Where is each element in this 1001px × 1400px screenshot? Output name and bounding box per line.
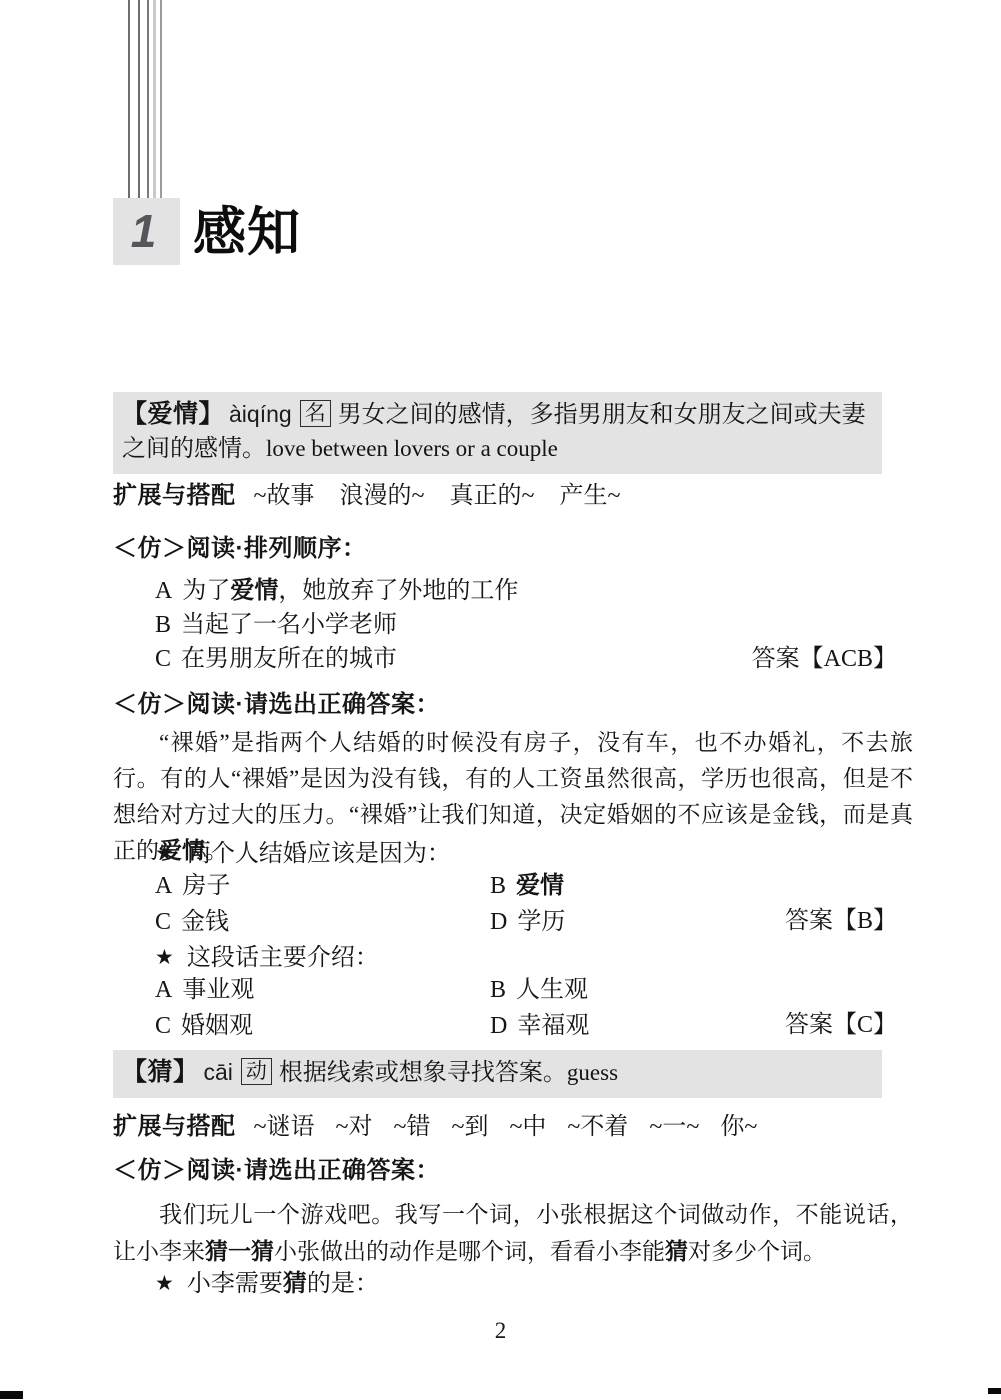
list-item: A为了爱情，她放弃了外地的工作 [155, 574, 897, 608]
star-icon: ★ [155, 945, 174, 969]
item-label: C [155, 646, 171, 672]
collocation-item: ~不着 [567, 1112, 628, 1142]
question-prompt: ★这段话主要介绍： [155, 942, 379, 973]
answer-key: 答案【ACB】 [752, 642, 897, 676]
item-text: 在男朋友所在的城市 [181, 646, 397, 672]
entry-headword: 【爱情】 [122, 400, 224, 428]
options-row: A房子 B爱情 [155, 868, 897, 904]
option-label: D [490, 1013, 507, 1039]
binding-line [147, 0, 149, 198]
exercise-header: ＜仿＞阅读·请选出正确答案： [113, 690, 440, 720]
dictionary-entry-cai: 【猜】cāi动根据线索或想象寻找答案。guess [113, 1050, 882, 1098]
ordering-exercise-items: A为了爱情，她放弃了外地的工作 B当起了一名小学老师 C在男朋友所在的城市 答案… [155, 574, 897, 676]
options-grid: A房子 B爱情 C金钱 D学历 答案【B】 [155, 868, 897, 940]
option-text: 婚姻观 [181, 1013, 253, 1039]
prompt-text: 两个人结婚应该是因为： [187, 841, 451, 867]
collocation-item: 真正的~ [449, 481, 534, 511]
collocation-row: 扩展与搭配 ~谜语 ~对 ~错 ~到 ~中 ~不着 ~一~ 你~ [113, 1112, 778, 1142]
print-mark-left [0, 1391, 23, 1399]
collocation-item: ~故事 [254, 481, 315, 511]
reading-passage: 我们玩儿一个游戏吧。我写一个词，小张根据这个词做动作，不能说话，让小李来猜一猜小… [113, 1196, 913, 1270]
collocation-item: 你~ [720, 1112, 757, 1142]
exercise-header: ＜仿＞阅读·排列顺序： [113, 534, 367, 564]
question-prompt: ★小李需要猜的是： [155, 1268, 379, 1299]
collocation-label: 扩展与搭配 [113, 481, 236, 511]
option-text: 人生观 [516, 977, 588, 1003]
chapter-title: 感知 [193, 200, 301, 266]
item-text: 为了爱情，她放弃了外地的工作 [182, 578, 518, 604]
option: B爱情 [490, 868, 564, 904]
option-text: 幸福观 [517, 1013, 589, 1039]
option-label: A [155, 977, 172, 1003]
option-text: 学历 [517, 909, 565, 935]
part-of-speech-badge: 动 [241, 1058, 272, 1085]
option-label: C [155, 909, 171, 935]
print-mark-right [988, 1388, 1001, 1394]
binding-line [138, 0, 140, 198]
collocation-item: ~错 [393, 1112, 430, 1142]
chapter-number-box: 1 [113, 198, 180, 265]
collocation-item: 产生~ [559, 481, 620, 511]
collocation-label: 扩展与搭配 [113, 1112, 236, 1142]
item-label: A [155, 578, 172, 604]
collocation-item: ~对 [335, 1112, 372, 1142]
option-label: B [490, 873, 506, 899]
option-label: D [490, 909, 507, 935]
option-label: A [155, 873, 172, 899]
binding-line [160, 0, 162, 198]
entry-translation: love between lovers or a couple [266, 436, 558, 461]
options-row: C金钱 D学历 答案【B】 [155, 904, 897, 940]
part-of-speech-badge: 名 [300, 400, 331, 427]
option: D幸福观 [490, 1008, 589, 1044]
option: D学历 [490, 904, 565, 940]
option: B人生观 [490, 972, 588, 1008]
item-label: B [155, 612, 171, 638]
collocation-item: ~到 [451, 1112, 488, 1142]
collocation-item: ~谜语 [254, 1112, 315, 1142]
item-text: 当起了一名小学老师 [181, 612, 397, 638]
dictionary-entry-aiqing: 【爱情】àiqíng名男女之间的感情，多指男朋友和女朋友之间或夫妻之间的感情。l… [113, 392, 882, 474]
star-icon: ★ [155, 841, 174, 865]
entry-pinyin: cāi [204, 1059, 233, 1085]
prompt-text: 小李需要猜的是： [187, 1271, 379, 1297]
entry-headword: 【猜】 [122, 1058, 199, 1086]
binding-line [128, 0, 130, 198]
entry-translation: guess [567, 1060, 618, 1085]
options-row: A事业观 B人生观 [155, 972, 897, 1008]
option-text: 爱情 [516, 873, 564, 899]
binding-line [153, 0, 156, 198]
collocation-item: ~中 [509, 1112, 546, 1142]
star-icon: ★ [155, 1271, 174, 1295]
option-label: C [155, 1013, 171, 1039]
option-label: B [490, 977, 506, 1003]
question-prompt: ★两个人结婚应该是因为： [155, 838, 451, 869]
entry-definition: 根据线索或想象寻找答案。 [279, 1060, 567, 1086]
answer-key: 答案【B】 [785, 904, 897, 938]
options-row: C婚姻观 D幸福观 答案【C】 [155, 1008, 897, 1044]
option: A事业观 [155, 972, 254, 1008]
option-text: 房子 [182, 873, 230, 899]
entry-pinyin: àiqíng [229, 401, 292, 427]
answer-key: 答案【C】 [785, 1008, 897, 1042]
option: A房子 [155, 868, 230, 904]
option: C金钱 [155, 904, 229, 940]
option-text: 事业观 [182, 977, 254, 1003]
collocation-row: 扩展与搭配 ~故事 浪漫的~ 真正的~ 产生~ [113, 481, 645, 511]
exercise-header: ＜仿＞阅读·请选出正确答案： [113, 1156, 440, 1186]
option: C婚姻观 [155, 1008, 253, 1044]
collocation-item: 浪漫的~ [339, 481, 424, 511]
option-text: 金钱 [181, 909, 229, 935]
page-number: 2 [0, 1318, 1001, 1344]
chapter-number: 1 [131, 198, 163, 265]
options-grid: A事业观 B人生观 C婚姻观 D幸福观 答案【C】 [155, 972, 897, 1044]
list-item: B当起了一名小学老师 [155, 608, 897, 642]
book-page: 1 感知 【爱情】àiqíng名男女之间的感情，多指男朋友和女朋友之间或夫妻之间… [0, 0, 1001, 1400]
prompt-text: 这段话主要介绍： [187, 945, 379, 971]
collocation-item: ~一~ [649, 1112, 699, 1142]
